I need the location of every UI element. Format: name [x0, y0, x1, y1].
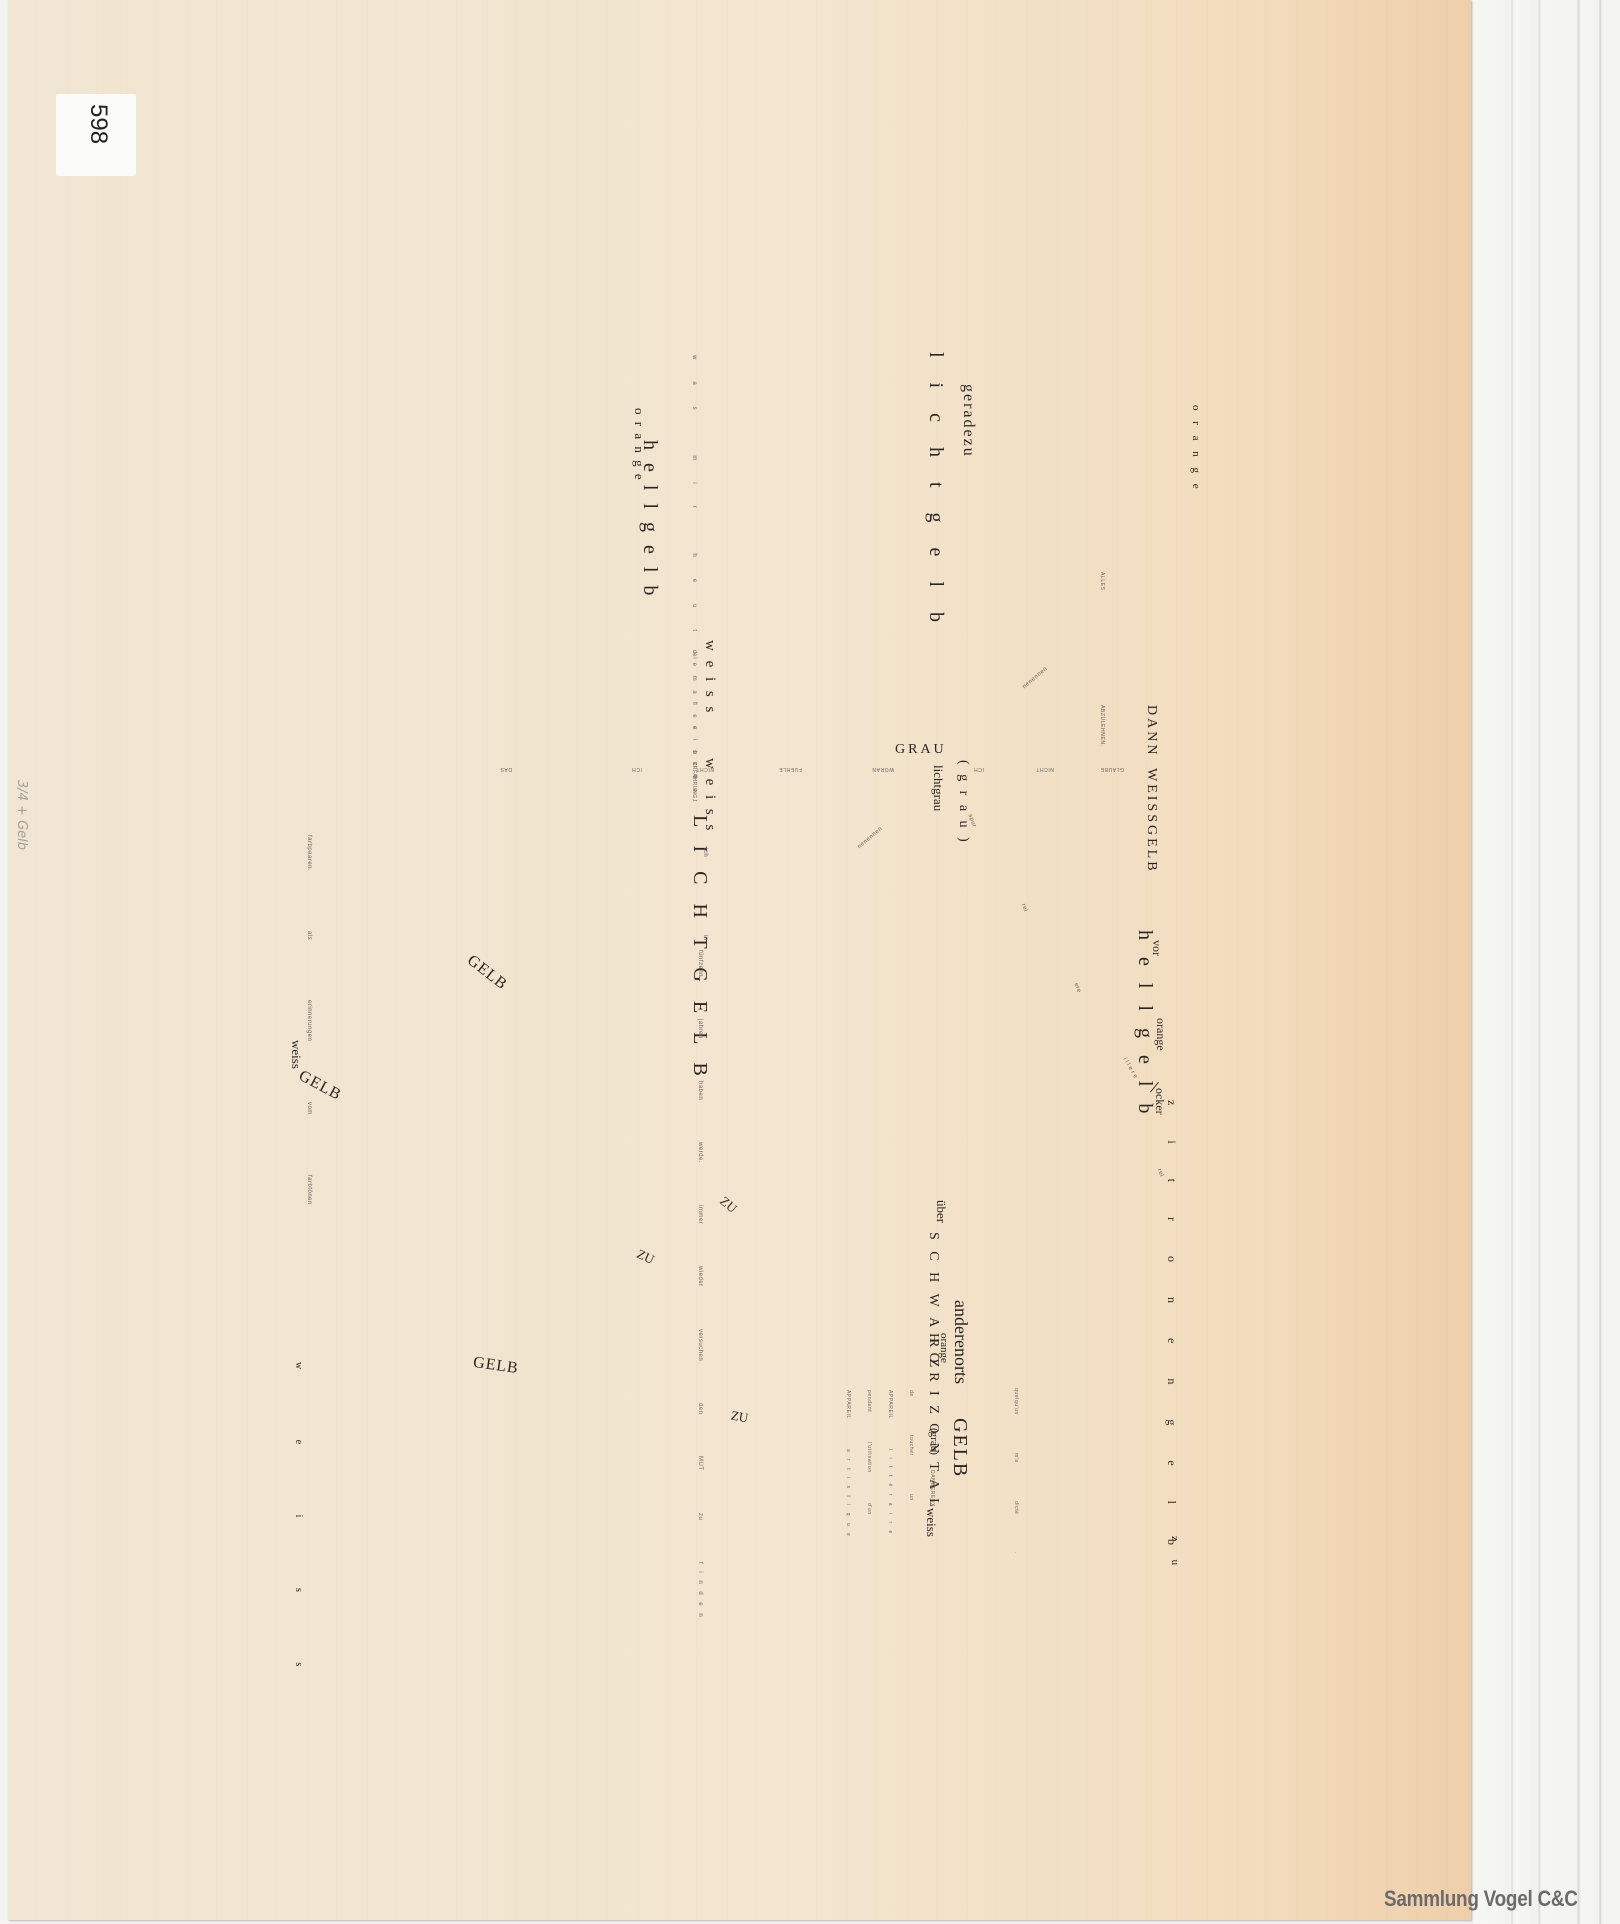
word: l'utilisation — [866, 1442, 871, 1473]
word-orange-top: o r a n g e — [1190, 405, 1201, 493]
word: APPAREIL — [887, 1390, 892, 1419]
line-de-toucher: de toucher un — [908, 1390, 913, 1500]
word-gelb-right: GELB — [950, 1418, 970, 1478]
word: werde. — [697, 1142, 703, 1163]
word-alles: ALLES — [1099, 572, 1104, 591]
word: de — [908, 1390, 913, 1397]
pencil-annotation: 3/4 + Gelb — [14, 780, 29, 850]
insert-in: in — [702, 935, 708, 941]
word-weiss-left: weiss — [290, 1040, 303, 1069]
word: erinnerungen — [306, 1000, 312, 1041]
catalog-label: 598 — [56, 94, 136, 176]
line-fuenfzehn-jahren: fünfzehn jahren haben werde. immer wiede… — [697, 950, 703, 1620]
word-orange-right: orange — [1155, 1018, 1167, 1051]
word: APPAREIL — [845, 1390, 850, 1419]
word: GLAUBE — [1054, 766, 1124, 771]
word-grau: GRAU — [895, 743, 947, 757]
word: MUT — [697, 1456, 703, 1471]
word: pendant — [866, 1390, 871, 1412]
word: wieder — [697, 1266, 703, 1287]
word: un — [908, 1494, 913, 1501]
word-grau-small: (grau) — [928, 1428, 939, 1455]
word-weiss-right: weiss — [925, 1508, 938, 1537]
word: den — [697, 1403, 703, 1415]
word: farbpaaren. — [306, 835, 312, 871]
word-ueber: über — [935, 1200, 948, 1223]
word: ICH — [512, 766, 642, 771]
word-zu-3: ZU — [730, 1409, 749, 1425]
word: jahren — [697, 1019, 703, 1039]
word-lichtgrau: lichtgrau — [932, 765, 945, 811]
word: f i n d e n — [697, 1562, 703, 1620]
word: toucher — [908, 1435, 913, 1456]
word-orange-left: o r a n g e — [633, 408, 646, 482]
word: dicté — [1013, 1501, 1018, 1515]
word: NICHT — [984, 766, 1054, 771]
word: fünfzehn — [697, 950, 703, 977]
word: l i t t é r a i r e — [887, 1449, 892, 1536]
word: NICHT — [642, 766, 714, 771]
word: quelqu'un — [1013, 1388, 1018, 1415]
word-grau-paren: ( g r a u ) — [956, 760, 970, 845]
line-pendant: pendant l'utilisation d'un — [866, 1390, 871, 1515]
line-appareil-litteraire: APPAREIL l i t t é r a i r e — [887, 1390, 892, 1536]
word: vom — [306, 1102, 312, 1115]
word: farbtönen — [306, 1175, 312, 1205]
word-anderenorts: anderenorts — [952, 1300, 970, 1384]
word: was — [691, 355, 697, 432]
paper-sheet — [8, 0, 1471, 1920]
word: WORAN — [802, 766, 894, 771]
collection-watermark: Sammlung Vogel C&C — [1384, 1886, 1578, 1912]
word: a r t i s t i q u e — [845, 1449, 850, 1539]
word-orange-overlay: orange — [938, 1333, 949, 1363]
line-das-ich-nicht-fuehle: GLAUBE NICHT ICH WORAN FUEHLE NICHT ICH … — [452, 766, 1124, 771]
word-weiss-bottom-left: w e i s s — [293, 1362, 303, 1700]
word-zu-right: z u — [1169, 1536, 1180, 1573]
word-weissgelb: WEISSGELB — [1144, 768, 1158, 874]
stacked-sheets-edge — [1471, 0, 1620, 1924]
word-zitronengelb: z i t r o n e n g e l b — [1166, 1100, 1178, 1561]
word: mir — [691, 455, 697, 529]
word-dangereux: DANGEREUX — [929, 1470, 934, 1507]
word: haben — [697, 1081, 703, 1100]
line-quelquun: quelqu'un m'a dicté . — [1013, 1388, 1018, 1554]
word-abzulehnen: ABZULEHNEN. — [1099, 705, 1104, 747]
word-geradezu: geradezu — [960, 384, 976, 458]
catalog-number: 598 — [84, 104, 112, 144]
word: DAS — [452, 766, 512, 771]
word: . — [1013, 1552, 1018, 1554]
line-farbpaaren: farbpaaren. als erinnerungen vom farbtön… — [306, 835, 312, 1204]
word: m'a — [1013, 1453, 1018, 1463]
word: als — [306, 931, 312, 940]
word-lichtgelb: l i c h t g e l b — [926, 352, 946, 632]
word: FUEHLE — [714, 766, 802, 771]
word-dann: DANN — [1144, 705, 1158, 757]
word-weiss-top: w e i s s — [702, 640, 717, 715]
word: immer — [697, 1205, 703, 1224]
word: zu — [697, 1513, 703, 1520]
insert-ich: ich — [702, 848, 708, 857]
word: versuchen — [697, 1329, 703, 1361]
line-appareil-artistique: APPAREIL a r t i s t i q u e — [845, 1390, 850, 1539]
word: d'un — [866, 1503, 871, 1515]
